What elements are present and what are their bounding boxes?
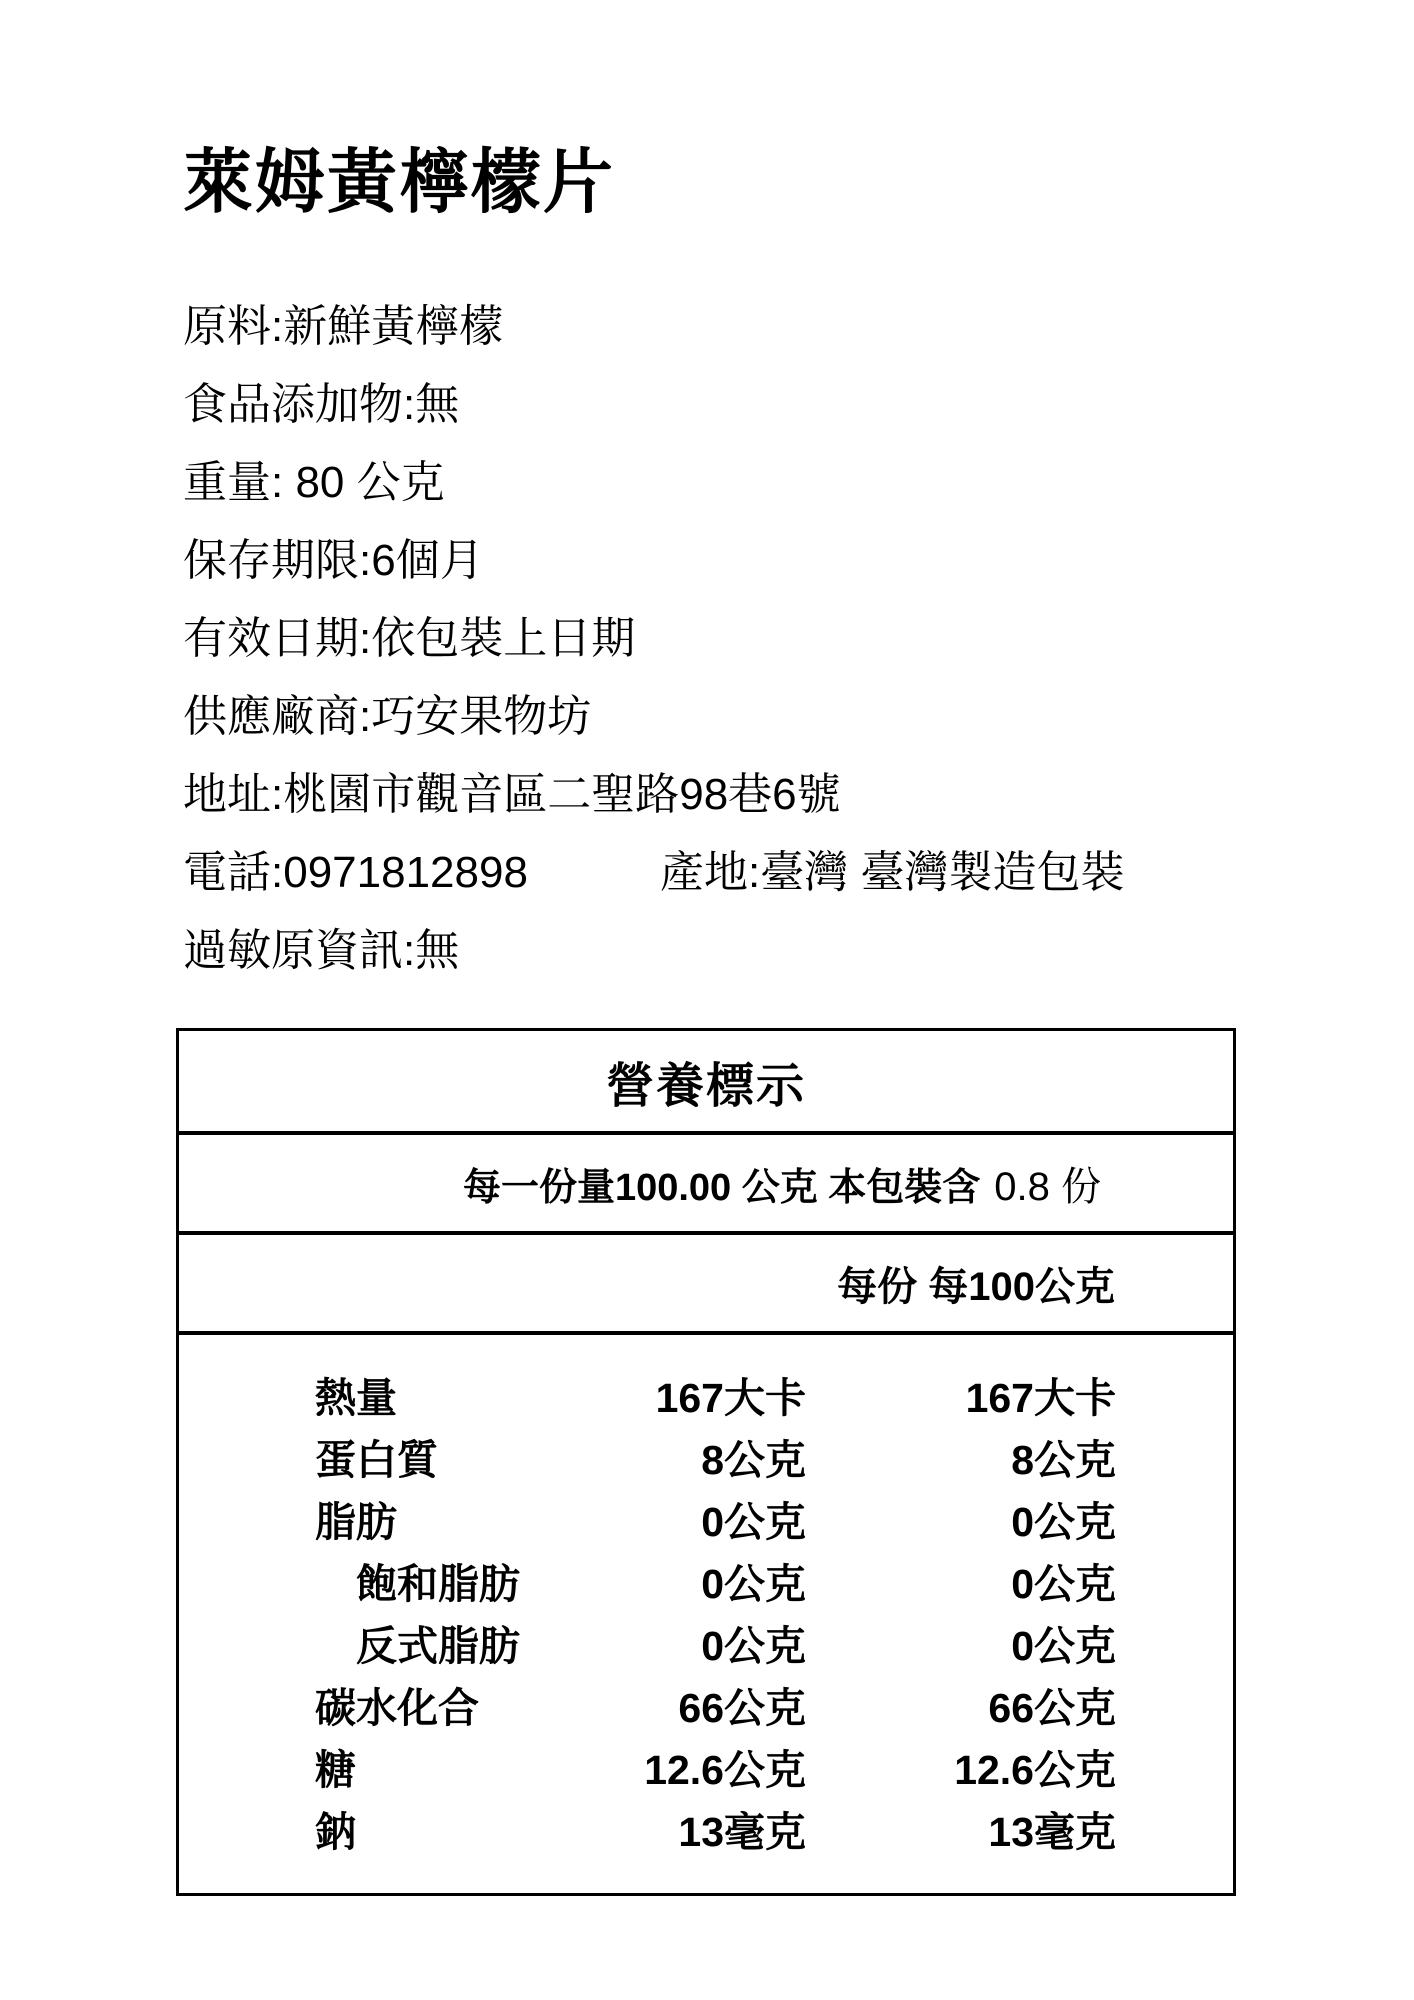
nutrient-row-4: 反式脂肪0公克0公克 (179, 1611, 1233, 1673)
nutrient-value-per-serving: 0公克 (555, 1613, 806, 1672)
nutrient-row-3: 飽和脂肪0公克0公克 (179, 1549, 1233, 1611)
nutrient-label: 糖 (315, 1737, 555, 1796)
nutrient-value-per-100g: 0公克 (806, 1551, 1116, 1610)
product-label-page: 萊姆黃檸檬片 原料:新鮮黃檸檬食品添加物:無重量: 80 公克保存期限:6個月有… (0, 0, 1414, 2000)
nutrient-label: 鈉 (315, 1799, 555, 1858)
nutrient-value-per-serving: 0公克 (555, 1551, 806, 1610)
nutrient-row-1: 蛋白質8公克8公克 (179, 1425, 1233, 1487)
product-info-list: 原料:新鮮黃檸檬食品添加物:無重量: 80 公克保存期限:6個月有效日期:依包裝… (183, 283, 1283, 985)
phone-text: 電話:0971812898 (183, 836, 528, 900)
nutrition-facts-table: 營養標示 每一份量100.00 公克 本包裝含 0.8 份 每份 每100公克 … (176, 1028, 1236, 1896)
product-title: 萊姆黃檸檬片 (183, 140, 615, 224)
info-line-1: 食品添加物:無 (183, 361, 1283, 439)
nutrient-row-5: 碳水化合66公克66公克 (179, 1673, 1233, 1735)
nutrition-table-title: 營養標示 (179, 1031, 1233, 1131)
info-line-5: 供應廠商:巧安果物坊 (183, 673, 1283, 751)
nutrient-value-per-serving: 0公克 (555, 1489, 806, 1548)
nutrient-value-per-serving: 12.6公克 (555, 1737, 806, 1796)
column-header-row: 每份 每100公克 (179, 1231, 1233, 1331)
nutrient-value-per-100g: 0公克 (806, 1489, 1116, 1548)
nutrient-label: 脂肪 (315, 1489, 555, 1548)
nutrient-row-6: 糖12.6公克12.6公克 (179, 1735, 1233, 1797)
nutrient-value-per-100g: 0公克 (806, 1613, 1116, 1672)
origin-text: 產地:臺灣 臺灣製造包裝 (660, 829, 1124, 907)
nutrient-label: 飽和脂肪 (315, 1551, 555, 1610)
nutrient-value-per-100g: 8公克 (806, 1427, 1116, 1486)
info-line-4: 有效日期:依包裝上日期 (183, 595, 1283, 673)
info-line-6: 地址:桃園市觀音區二聖路98巷6號 (183, 751, 1283, 829)
nutrient-rows: 熱量167大卡167大卡蛋白質8公克8公克脂肪0公克0公克飽和脂肪0公克0公克反… (179, 1331, 1233, 1889)
nutrient-value-per-serving: 167大卡 (555, 1365, 806, 1424)
info-line-allergen: 過敏原資訊:無 (183, 907, 1283, 985)
nutrient-value-per-100g: 66公克 (806, 1675, 1116, 1734)
serving-size-text: 每一份量100.00 公克 本包裝含 (463, 1156, 980, 1211)
nutrient-row-7: 鈉13毫克13毫克 (179, 1797, 1233, 1859)
nutrient-value-per-serving: 8公克 (555, 1427, 806, 1486)
info-line-3: 保存期限:6個月 (183, 517, 1283, 595)
nutrient-label: 熱量 (315, 1365, 555, 1424)
nutrient-label: 蛋白質 (315, 1427, 555, 1486)
nutrient-value-per-serving: 13毫克 (555, 1799, 806, 1858)
info-line-2: 重量: 80 公克 (183, 439, 1283, 517)
nutrient-row-2: 脂肪0公克0公克 (179, 1487, 1233, 1549)
nutrient-value-per-100g: 167大卡 (806, 1365, 1116, 1424)
nutrient-row-0: 熱量167大卡167大卡 (179, 1363, 1233, 1425)
nutrient-label: 反式脂肪 (315, 1613, 555, 1672)
nutrient-value-per-100g: 12.6公克 (806, 1737, 1116, 1796)
servings-per-package-value: 0.8 份 (994, 1155, 1101, 1212)
serving-info-row: 每一份量100.00 公克 本包裝含 0.8 份 (179, 1131, 1233, 1231)
info-line-0: 原料:新鮮黃檸檬 (183, 283, 1283, 361)
nutrient-value-per-100g: 13毫克 (806, 1799, 1116, 1858)
info-line-contact: 電話:0971812898產地:臺灣 臺灣製造包裝 (183, 829, 1283, 907)
nutrient-label: 碳水化合 (315, 1675, 555, 1734)
nutrient-value-per-serving: 66公克 (555, 1675, 806, 1734)
